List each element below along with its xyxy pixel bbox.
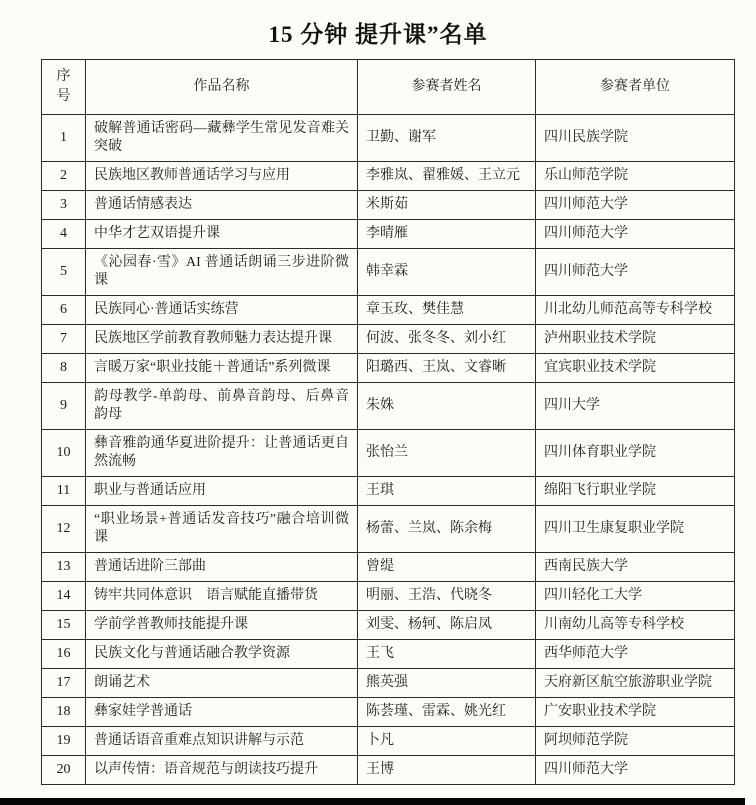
cell-work-title: 朗诵艺术 <box>86 669 358 698</box>
cell-work-title: 彝家娃学普通话 <box>86 698 358 727</box>
cell-participant-unit: 四川大学 <box>536 383 735 430</box>
cell-participant-names: 杨蕾、兰岚、陈余梅 <box>358 506 536 553</box>
cell-serial-number: 11 <box>42 477 86 506</box>
cell-participant-names: 何波、张冬冬、刘小红 <box>358 325 536 354</box>
cell-work-title: 言暖万家“职业技能＋普通话”系列微课 <box>86 354 358 383</box>
cell-participant-names: 章玉玫、樊佳慧 <box>358 296 536 325</box>
cell-work-title: 职业与普通话应用 <box>86 477 358 506</box>
table-row: 3 普通话情感表达 米斯茹 四川师范大学 <box>42 191 735 220</box>
cell-work-title: 民族同心·普通话实练营 <box>86 296 358 325</box>
table-row: 18 彝家娃学普通话 陈荟瑾、雷霖、姚光红 广安职业技术学院 <box>42 698 735 727</box>
header-no: 序号 <box>42 60 86 115</box>
cell-work-title: 《沁园春·雪》AI 普通话朗诵三步进阶微课 <box>86 249 358 296</box>
cell-participant-unit: 西华师范大学 <box>536 640 735 669</box>
roster-table: 序号 作品名称 参赛者姓名 参赛者单位 1 破解普通话密码—藏彝学生常见发音难关… <box>41 59 735 785</box>
cell-participant-unit: 四川师范大学 <box>536 191 735 220</box>
cell-serial-number: 8 <box>42 354 86 383</box>
cell-work-title: 民族地区教师普通话学习与应用 <box>86 162 358 191</box>
cell-participant-names: 王博 <box>358 756 536 785</box>
table-row: 13 普通话进阶三部曲 曾缇 西南民族大学 <box>42 553 735 582</box>
cell-participant-names: 卫勤、谢军 <box>358 115 536 162</box>
cell-serial-number: 3 <box>42 191 86 220</box>
cell-participant-names: 米斯茹 <box>358 191 536 220</box>
cell-serial-number: 5 <box>42 249 86 296</box>
cell-participant-unit: 绵阳飞行职业学院 <box>536 477 735 506</box>
cell-serial-number: 18 <box>42 698 86 727</box>
cell-serial-number: 14 <box>42 582 86 611</box>
table-row: 17 朗诵艺术 熊英强 天府新区航空旅游职业学院 <box>42 669 735 698</box>
cell-participant-unit: 四川师范大学 <box>536 220 735 249</box>
cell-participant-unit: 乐山师范学院 <box>536 162 735 191</box>
table-row: 14 铸牢共同体意识 语言赋能直播带货 明丽、王浩、代晓冬 四川轻化工大学 <box>42 582 735 611</box>
cell-participant-unit: 广安职业技术学院 <box>536 698 735 727</box>
cell-participant-names: 刘雯、杨轲、陈启凤 <box>358 611 536 640</box>
cell-participant-names: 熊英强 <box>358 669 536 698</box>
cell-serial-number: 1 <box>42 115 86 162</box>
cell-work-title: 破解普通话密码—藏彝学生常见发音难关突破 <box>86 115 358 162</box>
cell-participant-names: 李晴雁 <box>358 220 536 249</box>
cell-participant-names: 明丽、王浩、代晓冬 <box>358 582 536 611</box>
cell-work-title: 普通话语音重难点知识讲解与示范 <box>86 727 358 756</box>
cell-participant-unit: 天府新区航空旅游职业学院 <box>536 669 735 698</box>
cell-participant-names: 王飞 <box>358 640 536 669</box>
cell-work-title: 铸牢共同体意识 语言赋能直播带货 <box>86 582 358 611</box>
cell-serial-number: 13 <box>42 553 86 582</box>
table-row: 1 破解普通话密码—藏彝学生常见发音难关突破 卫勤、谢军 四川民族学院 <box>42 115 735 162</box>
cell-participant-names: 阳璐西、王岚、文睿晰 <box>358 354 536 383</box>
cell-work-title: 民族文化与普通话融合教学资源 <box>86 640 358 669</box>
bottom-edge-bar <box>0 798 745 805</box>
cell-participant-unit: 四川卫生康复职业学院 <box>536 506 735 553</box>
table-row: 16 民族文化与普通话融合教学资源 王飞 西华师范大学 <box>42 640 735 669</box>
cell-participant-unit: 四川轻化工大学 <box>536 582 735 611</box>
cell-serial-number: 9 <box>42 383 86 430</box>
cell-participant-unit: 四川师范大学 <box>536 249 735 296</box>
cell-serial-number: 20 <box>42 756 86 785</box>
cell-participant-unit: 四川体育职业学院 <box>536 430 735 477</box>
cell-participant-names: 卜凡 <box>358 727 536 756</box>
table-row: 8 言暖万家“职业技能＋普通话”系列微课 阳璐西、王岚、文睿晰 宜宾职业技术学院 <box>42 354 735 383</box>
cell-work-title: 民族地区学前教育教师魅力表达提升课 <box>86 325 358 354</box>
cell-participant-names: 朱姝 <box>358 383 536 430</box>
cell-serial-number: 4 <box>42 220 86 249</box>
header-work: 作品名称 <box>86 60 358 115</box>
table-row: 2 民族地区教师普通话学习与应用 李雅岚、翟雅媛、王立元 乐山师范学院 <box>42 162 735 191</box>
table-row: 10 彝音雅韵通华夏进阶提升：让普通话更自然流畅 张怡兰 四川体育职业学院 <box>42 430 735 477</box>
cell-participant-unit: 阿坝师范学院 <box>536 727 735 756</box>
cell-participant-unit: 四川师范大学 <box>536 756 735 785</box>
cell-participant-unit: 四川民族学院 <box>536 115 735 162</box>
cell-work-title: 以声传情：语音规范与朗读技巧提升 <box>86 756 358 785</box>
table-row: 15 学前学普教师技能提升课 刘雯、杨轲、陈启凤 川南幼儿高等专科学校 <box>42 611 735 640</box>
header-row: 序号 作品名称 参赛者姓名 参赛者单位 <box>42 60 735 115</box>
cell-serial-number: 2 <box>42 162 86 191</box>
table-row: 19 普通话语音重难点知识讲解与示范 卜凡 阿坝师范学院 <box>42 727 735 756</box>
cell-participant-unit: 川北幼儿师范高等专科学校 <box>536 296 735 325</box>
cell-serial-number: 15 <box>42 611 86 640</box>
table-header: 序号 作品名称 参赛者姓名 参赛者单位 <box>42 60 735 115</box>
cell-serial-number: 16 <box>42 640 86 669</box>
header-unit: 参赛者单位 <box>536 60 735 115</box>
cell-participant-names: 李雅岚、翟雅媛、王立元 <box>358 162 536 191</box>
cell-participant-names: 曾缇 <box>358 553 536 582</box>
table-body: 1 破解普通话密码—藏彝学生常见发音难关突破 卫勤、谢军 四川民族学院 2 民族… <box>42 115 735 785</box>
cell-serial-number: 10 <box>42 430 86 477</box>
table-row: 12 “职业场景+普通话发音技巧”融合培训微课 杨蕾、兰岚、陈余梅 四川卫生康复… <box>42 506 735 553</box>
cell-work-title: 普通话进阶三部曲 <box>86 553 358 582</box>
header-no-label: 序号 <box>55 67 71 108</box>
table-row: 7 民族地区学前教育教师魅力表达提升课 何波、张冬冬、刘小红 泸州职业技术学院 <box>42 325 735 354</box>
cell-serial-number: 12 <box>42 506 86 553</box>
table-row: 20 以声传情：语音规范与朗读技巧提升 王博 四川师范大学 <box>42 756 735 785</box>
cell-work-title: 彝音雅韵通华夏进阶提升：让普通话更自然流畅 <box>86 430 358 477</box>
cell-work-title: 学前学普教师技能提升课 <box>86 611 358 640</box>
cell-work-title: “职业场景+普通话发音技巧”融合培训微课 <box>86 506 358 553</box>
cell-serial-number: 6 <box>42 296 86 325</box>
cell-participant-names: 张怡兰 <box>358 430 536 477</box>
cell-work-title: 韵母教学-单韵母、前鼻音韵母、后鼻音韵母 <box>86 383 358 430</box>
table-row: 4 中华才艺双语提升课 李晴雁 四川师范大学 <box>42 220 735 249</box>
table-row: 9 韵母教学-单韵母、前鼻音韵母、后鼻音韵母 朱姝 四川大学 <box>42 383 735 430</box>
cell-work-title: 中华才艺双语提升课 <box>86 220 358 249</box>
header-names: 参赛者姓名 <box>358 60 536 115</box>
cell-participant-names: 韩幸霖 <box>358 249 536 296</box>
cell-participant-unit: 宜宾职业技术学院 <box>536 354 735 383</box>
cell-serial-number: 7 <box>42 325 86 354</box>
cell-participant-unit: 西南民族大学 <box>536 553 735 582</box>
table-row: 5 《沁园春·雪》AI 普通话朗诵三步进阶微课 韩幸霖 四川师范大学 <box>42 249 735 296</box>
table-row: 6 民族同心·普通话实练营 章玉玫、樊佳慧 川北幼儿师范高等专科学校 <box>42 296 735 325</box>
page-title: 15 分钟 提升课”名单 <box>0 16 756 49</box>
table-row: 11 职业与普通话应用 王琪 绵阳飞行职业学院 <box>42 477 735 506</box>
cell-participant-names: 陈荟瑾、雷霖、姚光红 <box>358 698 536 727</box>
cell-participant-unit: 川南幼儿高等专科学校 <box>536 611 735 640</box>
cell-serial-number: 17 <box>42 669 86 698</box>
cell-participant-unit: 泸州职业技术学院 <box>536 325 735 354</box>
cell-serial-number: 19 <box>42 727 86 756</box>
cell-participant-names: 王琪 <box>358 477 536 506</box>
cell-work-title: 普通话情感表达 <box>86 191 358 220</box>
